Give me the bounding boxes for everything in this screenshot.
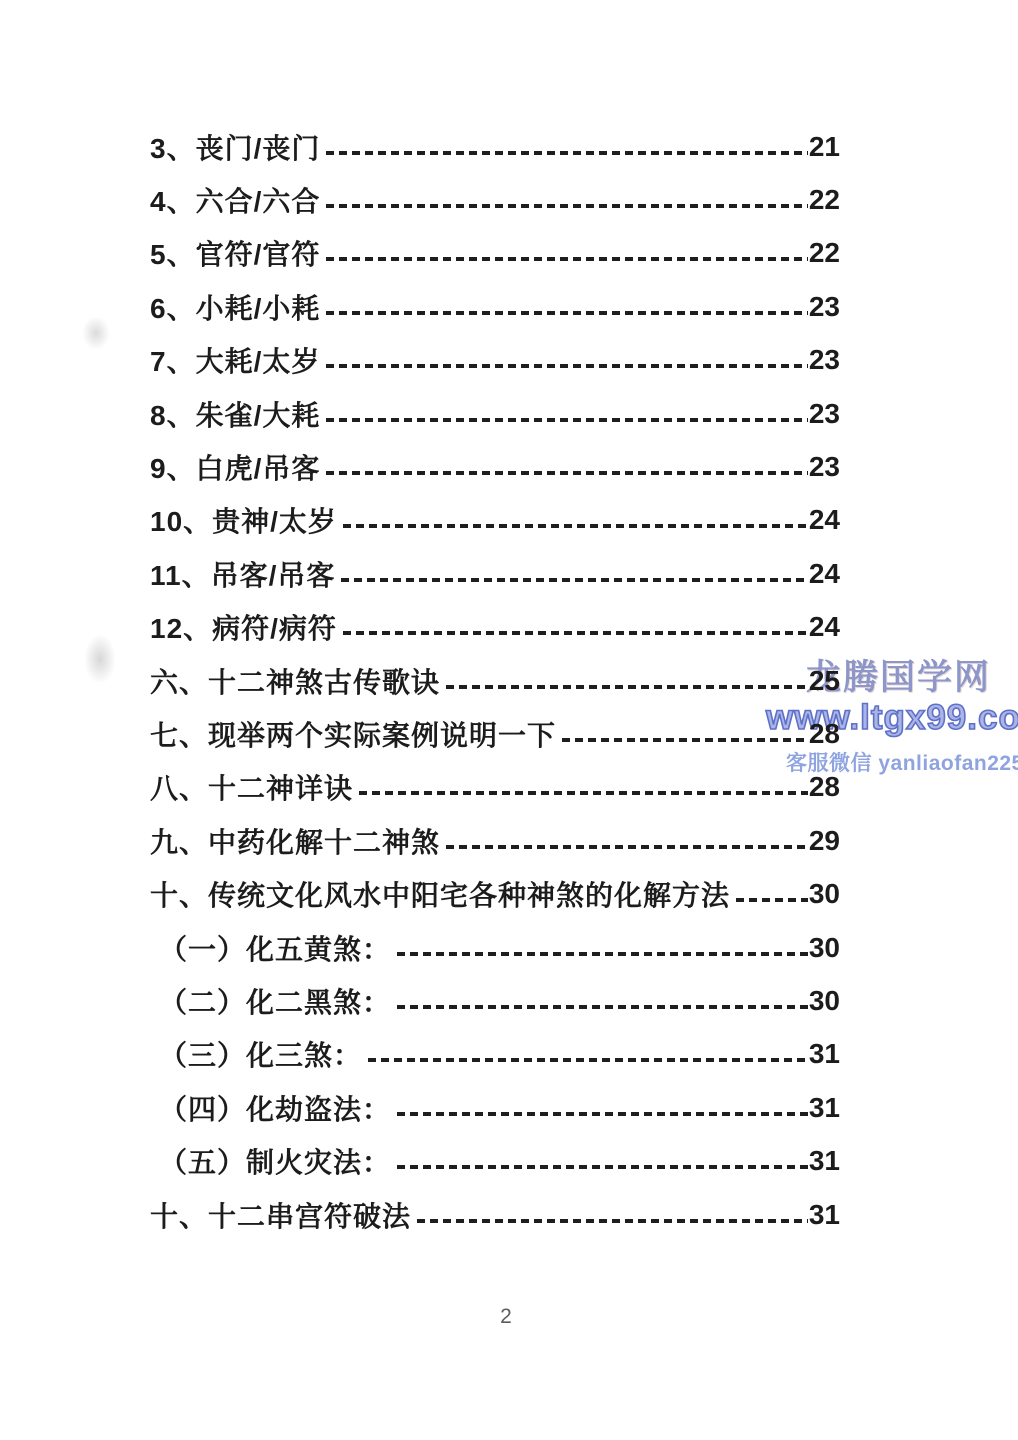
toc-entry[interactable]: （四）化劫盗法： 31 [150,1081,840,1134]
toc-leader-dashes [446,685,808,689]
toc-entry-label: 5、官符/官符 [150,233,320,273]
toc-entry-label: （四）化劫盗法： [159,1088,391,1128]
toc-entry[interactable]: 六、十二神煞古传歌诀 25 [150,654,840,707]
toc-entry-label: 12、病符/病符 [150,607,337,647]
toc-leader-dashes [397,1005,808,1009]
toc-entry-label: 7、大耗/太岁 [150,340,320,380]
toc-entry[interactable]: 7、大耗/太岁 23 [150,334,840,387]
toc-leader-dashes [446,845,808,849]
toc-entry[interactable]: 4、六合/六合 22 [150,173,840,226]
toc-entry-label: 十、十二串宫符破法 [150,1195,411,1235]
page-number: 2 [0,1305,1012,1329]
toc-entry-page: 22 [809,184,840,216]
toc-entry[interactable]: （五）制火灾法： 31 [150,1134,840,1187]
toc-entry[interactable]: （一）化五黄煞： 30 [150,921,840,974]
toc-leader-dashes [417,1219,808,1223]
toc-leader-dashes [397,1165,808,1169]
toc-entry-page: 30 [809,985,840,1017]
toc-entry[interactable]: 八、十二神详诀 28 [150,761,840,814]
toc-entry-page: 28 [809,718,840,750]
toc-entry-page: 31 [809,1038,840,1070]
toc-entry-page: 28 [809,771,840,803]
toc-entry[interactable]: 9、白虎/吊客 23 [150,440,840,493]
toc-leader-dashes [343,524,808,528]
table-of-contents: 3、丧门/丧门 21 4、六合/六合 22 5、官符/官符 22 6、小耗/小耗… [150,120,840,1241]
toc-entry-page: 24 [809,504,840,536]
toc-entry[interactable]: 5、官符/官符 22 [150,227,840,280]
toc-leader-dashes [397,1112,808,1116]
toc-entry[interactable]: 七、现举两个实际案例说明一下 28 [150,707,840,760]
scan-smudge [84,634,116,684]
toc-entry-label: （一）化五黄煞： [159,928,391,968]
toc-entry-label: 七、现举两个实际案例说明一下 [150,714,556,754]
toc-entry-page: 24 [809,611,840,643]
toc-leader-dashes [326,151,807,155]
toc-entry-label: 11、吊客/吊客 [150,554,335,594]
toc-entry-page: 30 [809,878,840,910]
toc-entry-label: 9、白虎/吊客 [150,447,320,487]
toc-entry-label: （三）化三煞： [159,1034,362,1074]
toc-entry-page: 31 [809,1145,840,1177]
toc-entry-page: 25 [809,665,840,697]
toc-entry-page: 23 [809,451,840,483]
toc-entry-label: 八、十二神详诀 [150,767,353,807]
toc-leader-dashes [368,1058,808,1062]
toc-entry-page: 24 [809,558,840,590]
toc-entry-page: 31 [809,1199,840,1231]
toc-entry-page: 29 [809,825,840,857]
toc-entry[interactable]: 6、小耗/小耗 23 [150,280,840,333]
toc-entry[interactable]: 3、丧门/丧门 21 [150,120,840,173]
toc-leader-dashes [397,952,808,956]
toc-entry[interactable]: 九、中药化解十二神煞 29 [150,814,840,867]
toc-entry[interactable]: 8、朱雀/大耗 23 [150,387,840,440]
toc-entry[interactable]: 10、贵神/太岁 24 [150,494,840,547]
toc-entry-label: 六、十二神煞古传歌诀 [150,661,440,701]
toc-leader-dashes [326,471,807,475]
toc-leader-dashes [736,898,808,902]
toc-leader-dashes [326,257,807,261]
scan-smudge [82,316,110,350]
toc-leader-dashes [562,738,808,742]
toc-entry-page: 30 [809,932,840,964]
toc-entry-label: 10、贵神/太岁 [150,500,337,540]
toc-leader-dashes [326,418,807,422]
toc-entry[interactable]: （三）化三煞： 31 [150,1028,840,1081]
toc-entry-label: 九、中药化解十二神煞 [150,821,440,861]
toc-entry-label: 6、小耗/小耗 [150,287,320,327]
toc-entry[interactable]: （二）化二黑煞： 30 [150,974,840,1027]
document-page: 龙腾国学网 www.ltgx99.com 客服微信 yanliaofan225 … [0,0,1018,1440]
toc-leader-dashes [326,311,807,315]
toc-leader-dashes [359,791,808,795]
toc-leader-dashes [343,631,808,635]
toc-entry[interactable]: 十、十二串宫符破法 31 [150,1188,840,1241]
toc-entry-label: 8、朱雀/大耗 [150,394,320,434]
toc-entry-label: 3、丧门/丧门 [150,127,320,167]
toc-entry-label: 4、六合/六合 [150,180,320,220]
toc-entry[interactable]: 12、病符/病符 24 [150,601,840,654]
toc-leader-dashes [326,204,807,208]
toc-entry-page: 23 [809,398,840,430]
toc-entry-page: 23 [809,344,840,376]
toc-entry[interactable]: 11、吊客/吊客 24 [150,547,840,600]
toc-entry-page: 31 [809,1092,840,1124]
toc-entry-page: 23 [809,291,840,323]
toc-leader-dashes [341,578,807,582]
toc-entry-label: 十、传统文化风水中阳宅各种神煞的化解方法 [150,874,730,914]
toc-entry[interactable]: 十、传统文化风水中阳宅各种神煞的化解方法 30 [150,867,840,920]
toc-entry-page: 21 [809,131,840,163]
toc-entry-page: 22 [809,237,840,269]
toc-entry-label: （五）制火灾法： [159,1141,391,1181]
toc-entry-label: （二）化二黑煞： [159,981,391,1021]
toc-leader-dashes [326,364,807,368]
